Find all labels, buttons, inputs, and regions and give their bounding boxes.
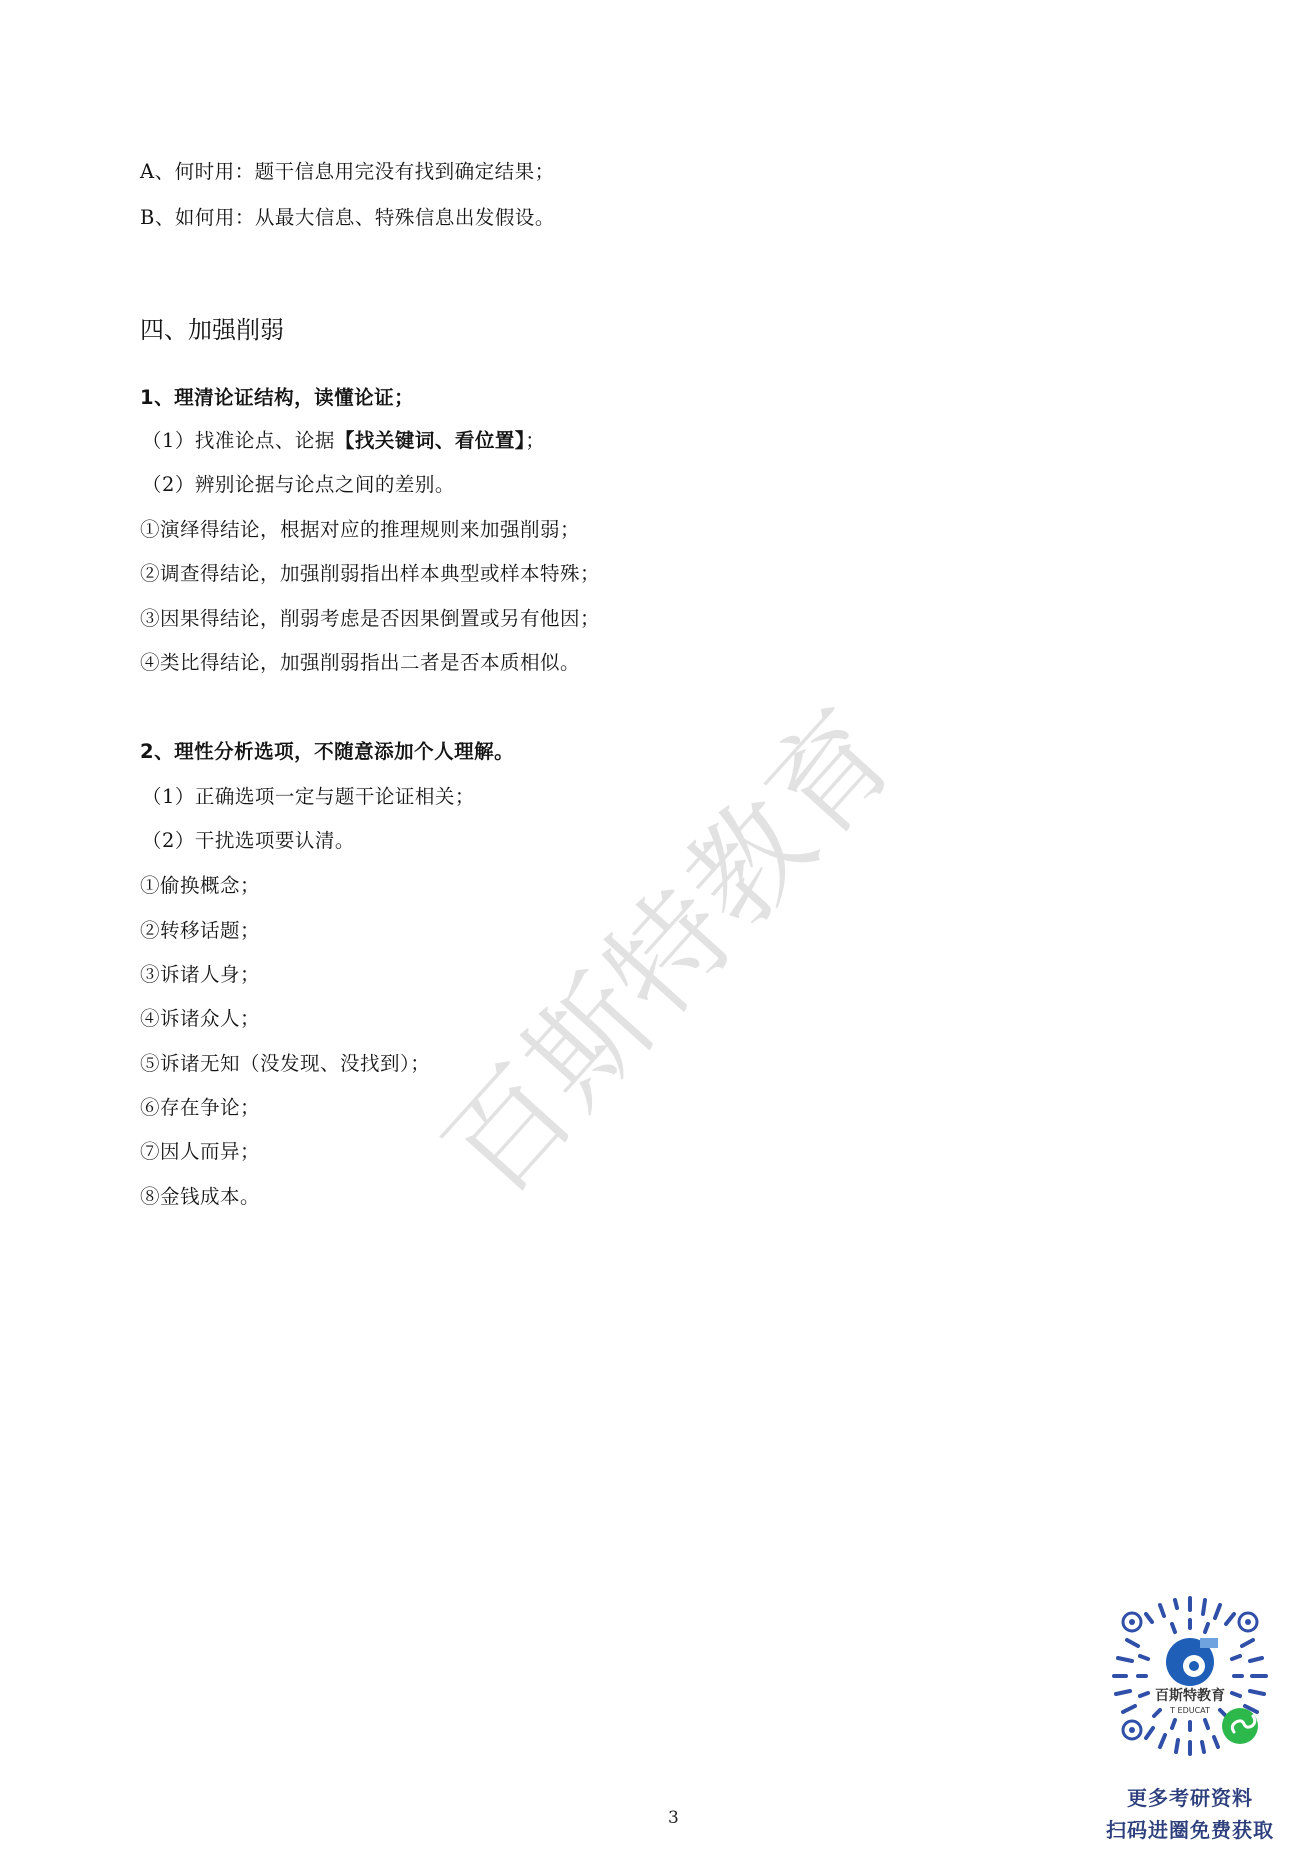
point1-title: 1、理清论证结构，读懂论证； xyxy=(140,385,414,411)
point1-sub2: （2）辨别论据与论点之间的差别。 xyxy=(142,472,455,498)
miniprogram-qr-code-icon[interactable]: 百斯特教育 T EDUCAT xyxy=(1090,1590,1290,1780)
point1-sub1-text: （1）找准论点、论据 xyxy=(142,429,335,452)
point2-sub1: （1）正确选项一定与题干论证相关； xyxy=(142,784,475,810)
point1-item: ③因果得结论，削弱考虑是否因果倒置或另有他因； xyxy=(140,606,600,632)
point1-item: ④类比得结论，加强削弱指出二者是否本质相似。 xyxy=(140,650,580,676)
point2-item: ⑧金钱成本。 xyxy=(140,1184,260,1210)
point2-item: ④诉诸众人； xyxy=(140,1006,260,1032)
section-heading: 四、加强削弱 xyxy=(140,315,284,345)
point2-item: ②转移话题； xyxy=(140,918,260,944)
page-number: 3 xyxy=(668,1808,679,1828)
document-page: A、何时用：题干信息用完没有找到确定结果； B、如何用：从最大信息、特殊信息出发… xyxy=(0,0,1316,1864)
qr-code-block[interactable]: 百斯特教育 T EDUCAT 更多考研资料 扫码进圈免费获取 xyxy=(1080,1590,1300,1850)
point2-item: ⑤诉诸无知（没发现、没找到）； xyxy=(140,1051,430,1077)
point2-item: ①偷换概念； xyxy=(140,873,260,899)
qr-caption-line2: 扫码进圈免费获取 xyxy=(1080,1814,1300,1843)
point2-sub2: （2）干扰选项要认清。 xyxy=(142,828,355,854)
text-line-a: A、何时用：题干信息用完没有找到确定结果； xyxy=(140,159,555,185)
point2-title: 2、理性分析选项，不随意添加个人理解。 xyxy=(140,739,514,765)
point1-sub1: （1）找准论点、论据【找关键词、看位置】； xyxy=(142,428,545,454)
point1-item: ②调查得结论，加强削弱指出样本典型或样本特殊； xyxy=(140,561,600,587)
point2-item: ⑦因人而异； xyxy=(140,1139,260,1165)
point2-item: ⑥存在争论； xyxy=(140,1095,260,1121)
qr-caption-line1: 更多考研资料 xyxy=(1080,1782,1300,1811)
qr-logo-text-en: T EDUCAT xyxy=(1169,1706,1210,1715)
point1-sub1-suffix: ； xyxy=(525,429,545,452)
text-line-b: B、如何用：从最大信息、特殊信息出发假设。 xyxy=(140,205,555,231)
point1-item: ①演绎得结论，根据对应的推理规则来加强削弱； xyxy=(140,517,580,543)
qr-logo-text: 百斯特教育 xyxy=(1155,1687,1225,1704)
point2-item: ③诉诸人身； xyxy=(140,962,260,988)
point1-sub1-emphasis: 【找关键词、看位置】 xyxy=(335,429,525,452)
